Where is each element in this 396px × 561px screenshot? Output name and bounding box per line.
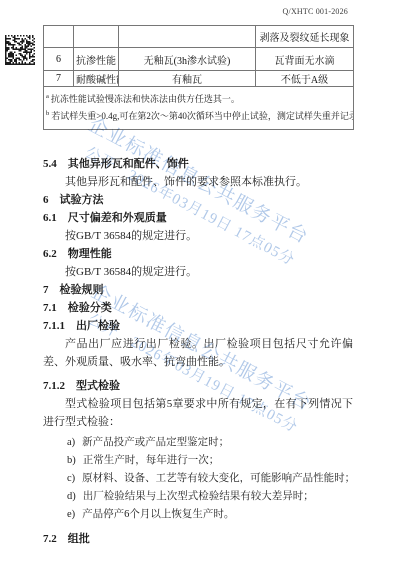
document-body: 剥落及裂纹延长现象 6 抗渗性能 无釉瓦(3h渗水试验) 瓦背面无水滴 7 耐酸… [43, 25, 353, 548]
cell-number [44, 26, 74, 48]
table-footnotes: a抗冻性能试验慢冻法和快冻法由供方任选其一。 b若试样失重>0.4g,可在第2次… [44, 87, 354, 130]
list-item-label: a) [67, 437, 75, 448]
spec-table: 剥落及裂纹延长现象 6 抗渗性能 无釉瓦(3h渗水试验) 瓦背面无水滴 7 耐酸… [43, 25, 354, 130]
heading-title: 物理性能 [68, 248, 112, 260]
list-item: e)产品停产6个月以上恢复生产时。 [43, 506, 353, 524]
cell-requirement: 不低于A级 [256, 71, 354, 87]
heading-title: 组批 [68, 533, 90, 545]
heading-number: 6.2 [43, 248, 57, 260]
list-item-label: b) [67, 455, 76, 466]
cell-requirement: 剥落及裂纹延长现象 [256, 26, 354, 48]
cell-condition: 有釉瓦 [119, 71, 256, 87]
type-inspection-list: a)新产品投产或产品定型鉴定时； b)正常生产时，每年进行一次； c)原材料、设… [43, 434, 353, 524]
table-footnote: a抗冻性能试验慢冻法和快冻法由供方任选其一。 [46, 91, 351, 106]
list-item: c)原材料、设备、工艺等有较大变化，可能影响产品性能时； [43, 470, 353, 488]
section-heading-7-2: 7.2组批 [43, 530, 353, 548]
list-item-label: e) [67, 509, 75, 520]
footnote-text: 若试样失重>0.4g,可在第2次～第40次循环当中停止试验，测定试样失重并记录循… [51, 111, 353, 121]
heading-number: 7.1 [43, 302, 57, 314]
list-item-label: d) [67, 491, 76, 502]
section-heading-5-4: 5.4其他异形瓦和配件、饰件 [43, 155, 353, 173]
list-item-text: 正常生产时，每年进行一次； [83, 455, 220, 466]
list-item: d)出厂检验结果与上次型式检验结果有较大差异时； [43, 488, 353, 506]
list-item-label: c) [67, 473, 75, 484]
document-page: Q/XHTC 001-2026 剥落及裂纹延长现象 6 抗渗性能 无釉瓦(3h渗… [0, 0, 396, 561]
section-heading-6: 6试验方法 [43, 191, 353, 209]
list-item-text: 原材料、设备、工艺等有较大变化，可能影响产品性能时； [82, 473, 355, 484]
list-item-text: 出厂检验结果与上次型式检验结果有较大差异时； [83, 491, 314, 502]
cell-number: 7 [44, 71, 74, 87]
heading-title: 型式检验 [76, 380, 120, 392]
paragraph-6-2: 按GB/T 36584的规定进行。 [43, 263, 353, 281]
heading-number: 7.1.2 [43, 380, 65, 392]
heading-number: 5.4 [43, 158, 57, 170]
cell-number: 6 [44, 48, 74, 71]
heading-number: 6 [43, 194, 49, 206]
table-footnote: b若试样失重>0.4g,可在第2次～第40次循环当中停止试验，测定试样失重并记录… [46, 108, 351, 123]
cell-requirement: 瓦背面无水滴 [256, 48, 354, 71]
paragraph-7-1-2: 型式检验项目包括第5章要求中所有规定，在有下列情况下进行型式检验： [43, 395, 353, 431]
list-item: a)新产品投产或产品定型鉴定时； [43, 434, 353, 452]
heading-number: 6.1 [43, 212, 57, 224]
paragraph-7-1-1: 产品出厂应进行出厂检验。出厂检验项目包括尺寸允许偏差、外观质量、吸水率、抗弯曲性… [43, 335, 353, 371]
paragraph-5-4: 其他异形瓦和配件、饰件的要求参照本标准执行。 [43, 173, 353, 191]
footnote-text: 抗冻性能试验慢冻法和快冻法由供方任选其一。 [51, 94, 240, 104]
heading-title: 试验方法 [60, 194, 104, 206]
table-row: 6 抗渗性能 无釉瓦(3h渗水试验) 瓦背面无水滴 [44, 48, 354, 71]
table-row: 剥落及裂纹延长现象 [44, 26, 354, 48]
heading-title: 检验分类 [68, 302, 112, 314]
list-item-text: 产品停产6个月以上恢复生产时。 [82, 509, 234, 520]
cell-condition [119, 26, 256, 48]
section-heading-6-2: 6.2物理性能 [43, 245, 353, 263]
cell-property: 抗渗性能 [74, 48, 119, 71]
table-row: 7 耐酸碱性能 有釉瓦 不低于A级 [44, 71, 354, 87]
section-heading-7-1-2: 7.1.2型式检验 [43, 377, 353, 395]
section-heading-7-1: 7.1检验分类 [43, 299, 353, 317]
heading-number: 7.1.1 [43, 320, 65, 332]
paragraph-6-1: 按GB/T 36584的规定进行。 [43, 227, 353, 245]
heading-number: 7.2 [43, 533, 57, 545]
list-item: b)正常生产时，每年进行一次； [43, 452, 353, 470]
cell-property: 耐酸碱性能 [74, 71, 119, 87]
section-heading-7: 7检验规则 [43, 281, 353, 299]
list-item-text: 新产品投产或产品定型鉴定时； [82, 437, 229, 448]
heading-title: 检验规则 [60, 284, 104, 296]
doc-number: Q/XHTC 001-2026 [283, 7, 348, 16]
cell-property [74, 26, 119, 48]
section-heading-6-1: 6.1尺寸偏差和外观质量 [43, 209, 353, 227]
qr-code-icon [5, 35, 35, 65]
section-heading-7-1-1: 7.1.1出厂检验 [43, 317, 353, 335]
cell-condition: 无釉瓦(3h渗水试验) [119, 48, 256, 71]
heading-title: 其他异形瓦和配件、饰件 [68, 158, 189, 170]
footnote-marker: b [46, 110, 49, 117]
heading-title: 尺寸偏差和外观质量 [68, 212, 167, 224]
footnote-marker: a [46, 93, 49, 100]
heading-number: 7 [43, 284, 49, 296]
heading-title: 出厂检验 [76, 320, 120, 332]
